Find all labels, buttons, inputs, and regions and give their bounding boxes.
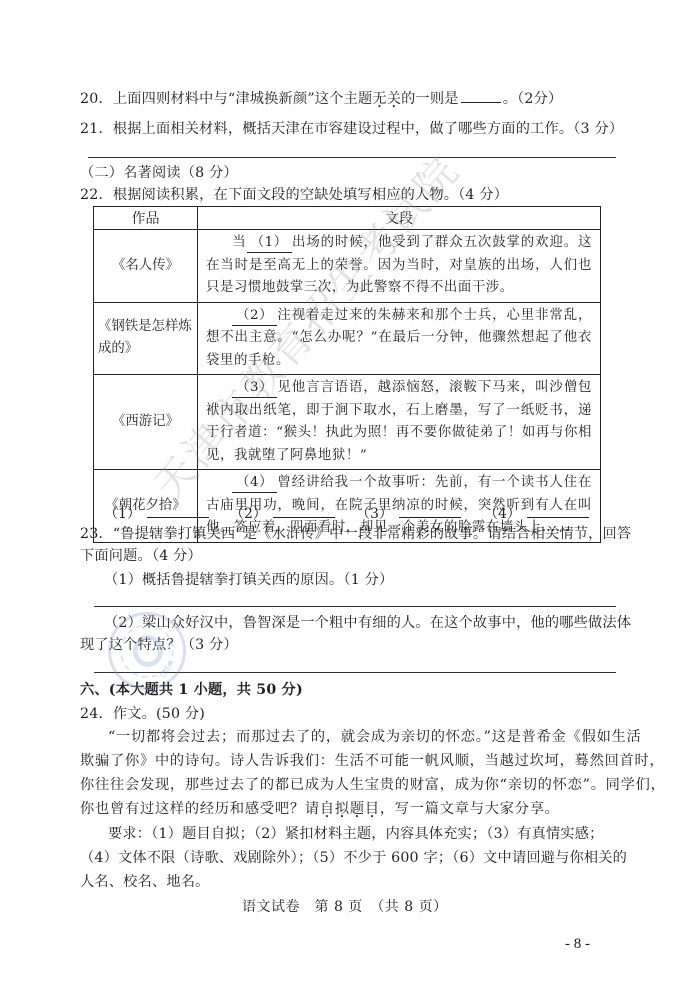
q24-para-4-tail: ，写一篇文章与大家分享。 [380, 801, 560, 817]
q20-emph-2: 关 [387, 91, 401, 107]
q24-para-3: 你往往会发现，那些过去了的都已成为人生宝贵的财富，成为你“亲切的怀恋”。同学们， [80, 775, 666, 795]
answer-blank-4[interactable] [527, 504, 589, 518]
q21-answer-line[interactable] [88, 157, 616, 158]
passage-cell: 当（1）出场的时候，他受到了群众五次鼓掌的欢迎。这在当时是至高无上的荣誉。因为当… [198, 230, 601, 303]
answer-label: （2） [230, 506, 267, 522]
passage-cell: （3）见他言言语语，越添恼怒，滚鞍下马来，叫沙僧包袱内取出纸笔，即于涧下取水，石… [198, 375, 601, 470]
question-20: 20．上面四则材料中与“津城换新颜”这个主题无关的一则是。（2分） [80, 88, 562, 109]
seal-label: TAEA [158, 658, 176, 680]
q20-answer-blank[interactable] [461, 88, 501, 103]
q23-number: 23． [80, 526, 113, 542]
q20-text: 上面四则材料中与“津城换新颜”这个主题 [113, 91, 373, 107]
q23-sub2-line2: 现了这个特点？（3 分） [80, 635, 238, 655]
question-23: 23．“鲁提辖拳打镇关西”是《水浒传》中一段非常精彩的故事。请结合相关情节，回答 [80, 524, 631, 544]
work-title: 《钢铁是怎样炼成的》 [94, 302, 198, 375]
q20-tail: 。（2分） [503, 91, 563, 107]
q23-line2: 下面问题。（4 分） [80, 546, 202, 566]
q24-emph: 题 [350, 801, 365, 817]
work-title: 《名人传》 [94, 230, 198, 303]
works-table: 作品 文段 《名人传》 当（1）出场的时候，他受到了群众五次鼓掌的欢迎。这在当时… [93, 206, 601, 543]
q24-emph: 目 [365, 801, 380, 817]
q24-emph: 拟 [335, 801, 350, 817]
q20-text-after: 的一则是 [401, 91, 459, 107]
q24-para-4-text: 你也曾有过这样的经历和感受吧？请 [80, 801, 320, 817]
header-passage: 文段 [198, 207, 601, 230]
q24-req-1: 要求：（1）题目自拟；（2）紧扣材料主题，内容具体充实；（3）有真情实感； [108, 824, 604, 844]
fill-blank-2[interactable]: （2） [232, 307, 277, 326]
q23-line1: “鲁提辖拳打镇关西”是《水浒传》中一段非常精彩的故事。请结合相关情节，回答 [113, 526, 631, 542]
table-header-row: 作品 文段 [94, 207, 601, 230]
answer-item-3: （3） [356, 503, 461, 523]
fill-blank-1[interactable]: （1） [247, 234, 292, 253]
answer-label: （4） [484, 506, 521, 522]
q22-text: 根据阅读积累，在下面文段的空缺处填写相应的人物。（4 分） [113, 187, 508, 203]
q23-sub2-line1: （2）梁山众好汉中，鲁智深是一个粗中有细的人。在这个故事中，他的哪些做法体 [104, 613, 631, 633]
question-21: 21．根据上面相关材料，概括天津在市容建设过程中，做了哪些方面的工作。（3 分） [80, 119, 623, 139]
work-title: 《西游记》 [94, 375, 198, 470]
passage-cell: （2）注视着走过来的朱赫来和那个士兵，心里非常乱，想不出主意。“怎么办呢？”在最… [198, 302, 601, 375]
q23-sub1: （1）概括鲁提辖拳打镇关西的原因。（1 分） [104, 570, 393, 590]
footer-page-info: 语文试卷 第 8 页 （共 8 页） [242, 896, 448, 916]
answer-blank-3[interactable] [399, 504, 461, 518]
q24-emph: 自 [320, 801, 335, 817]
q21-number: 21． [80, 121, 113, 137]
question-24: 24．作文。(50 分) [80, 704, 205, 724]
header-work: 作品 [94, 207, 198, 230]
answer-item-1: （1） [104, 503, 209, 523]
q23-sub2-answer-line[interactable] [94, 672, 616, 673]
answer-item-4: （4） [484, 503, 589, 523]
q24-number: 24． [80, 706, 113, 722]
q24-para-1: “一切都将会过去；而那过去了的，就会成为亲切的怀恋。”这是普希金《假如生活 [108, 727, 642, 747]
fill-blank-3[interactable]: （3） [232, 379, 277, 398]
answer-blank-1[interactable] [147, 504, 209, 518]
question-22: 22．根据阅读积累，在下面文段的空缺处填写相应的人物。（4 分） [80, 185, 508, 205]
section-2-title: （二）名著阅读（8 分） [80, 163, 238, 183]
fill-blank-4[interactable]: （4） [232, 474, 277, 493]
q20-number: 20． [80, 91, 113, 107]
passage-prefix: 当 [232, 235, 247, 250]
q24-para-4: 你也曾有过这样的经历和感受吧？请自拟题目，写一篇文章与大家分享。 [80, 799, 560, 819]
q23-sub1-answer-line[interactable] [94, 606, 616, 607]
answer-label: （3） [356, 506, 393, 522]
section-6-title: 六、(本大题共 1 小题，共 50 分) [80, 680, 303, 700]
table-row: 《名人传》 当（1）出场的时候，他受到了群众五次鼓掌的欢迎。这在当时是至高无上的… [94, 230, 601, 303]
answer-blank-2[interactable] [273, 504, 335, 518]
table-row: 《钢铁是怎样炼成的》 （2）注视着走过来的朱赫来和那个士兵，心里非常乱，想不出主… [94, 302, 601, 375]
exam-page: 20．上面四则材料中与“津城换新颜”这个主题无关的一则是。（2分） 21．根据上… [0, 0, 693, 984]
q24-para-2: 欺骗了你》中的诗句。诗人告诉我们：生活不可能一帆风顺，当越过坎坷，蓦然回首时， [80, 751, 665, 771]
q24-text: 作文。(50 分) [113, 706, 205, 722]
answer-label: （1） [104, 506, 141, 522]
q22-number: 22． [80, 187, 113, 203]
q24-req-2: （4）文体不限（诗歌、戏剧除外）；（5）不少于 600 字；（6）文中请回避与你… [80, 848, 627, 868]
table-row: 《西游记》 （3）见他言言语语，越添恼怒，滚鞍下马来，叫沙僧包袱内取出纸笔，即于… [94, 375, 601, 470]
answer-item-2: （2） [230, 503, 335, 523]
q21-text: 根据上面相关材料，概括天津在市容建设过程中，做了哪些方面的工作。（3 分） [113, 121, 623, 137]
q24-req-3: 人名、校名、地名。 [80, 872, 210, 892]
q20-emph-1: 无 [372, 91, 386, 107]
page-number: - 8 - [565, 936, 590, 953]
